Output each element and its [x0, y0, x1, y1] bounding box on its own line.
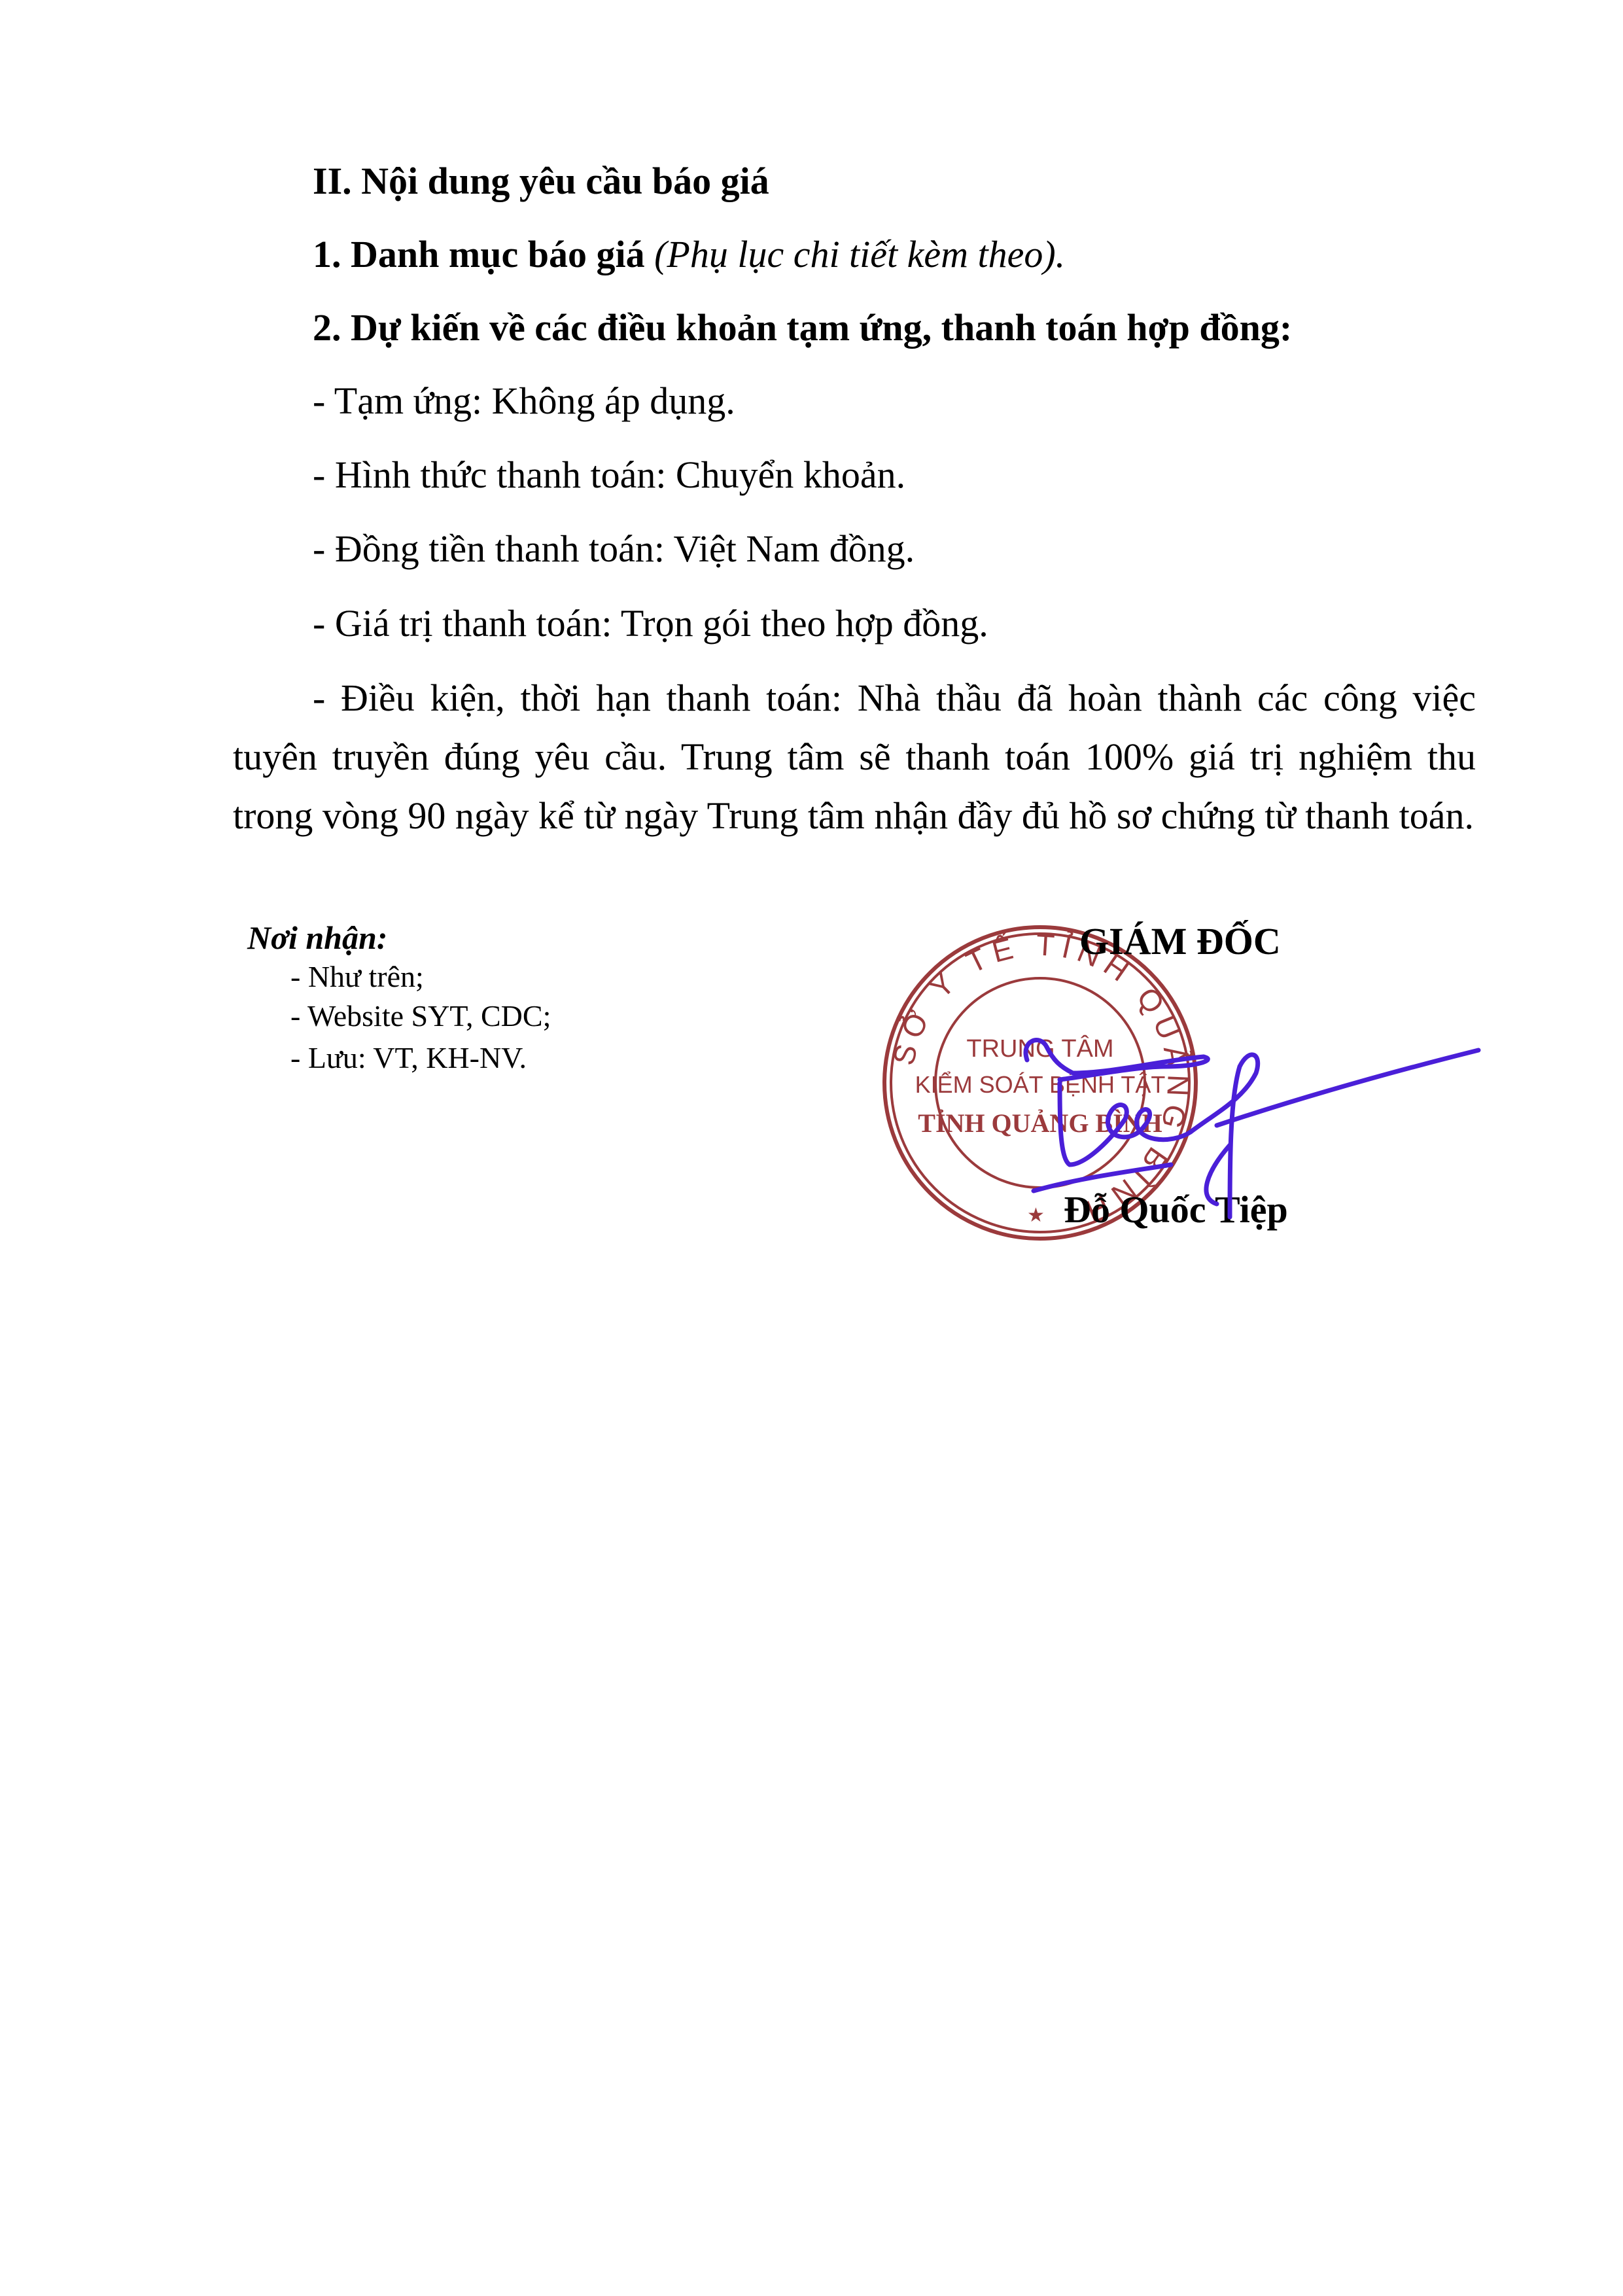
term-payment-method: - Hình thức thanh toán: Chuyển khoản.	[313, 456, 905, 494]
payment-conditions: - Điều kiện, thời hạn thanh toán: Nhà th…	[233, 669, 1476, 845]
item-1: 1. Danh mục báo giá (Phụ lục chi tiết kè…	[313, 236, 1065, 274]
term-value: - Giá trị thanh toán: Trọn gói theo hợp …	[313, 605, 988, 643]
recipients-title: Nơi nhận:	[247, 919, 387, 957]
handwritten-signature-icon	[981, 968, 1492, 1230]
recipient-item: - Lưu: VT, KH-NV.	[290, 1040, 527, 1075]
item-1-label: 1. Danh mục báo giá	[313, 233, 645, 275]
recipient-item: - Website SYT, CDC;	[290, 998, 551, 1033]
item-1-note: (Phụ lục chi tiết kèm theo).	[654, 233, 1065, 275]
term-advance: - Tạm ứng: Không áp dụng.	[313, 382, 735, 420]
item-2-label: 2. Dự kiến về các điều khoản tạm ứng, th…	[313, 309, 1292, 347]
signer-title: GIÁM ĐỐC	[1079, 919, 1281, 963]
recipient-item: - Như trên;	[290, 959, 424, 994]
section-heading: II. Nội dung yêu cầu báo giá	[313, 162, 769, 200]
term-currency: - Đồng tiền thanh toán: Việt Nam đồng.	[313, 530, 915, 568]
